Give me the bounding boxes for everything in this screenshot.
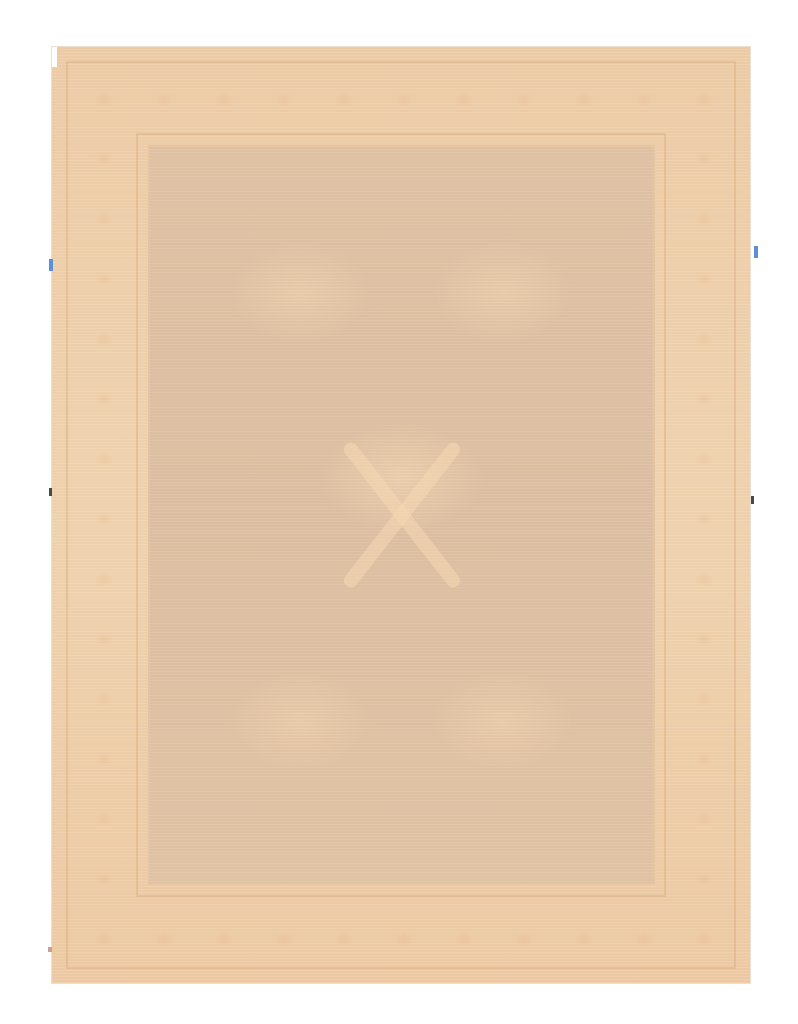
rug: [52, 47, 750, 983]
left-clip: [49, 488, 52, 496]
left-bottom-label: [48, 947, 52, 952]
right-blue-tag: [754, 246, 758, 258]
rug-field: [148, 145, 655, 885]
rug-corner-fold: [52, 47, 57, 67]
right-clip: [751, 496, 754, 504]
left-blue-tag: [49, 259, 53, 271]
